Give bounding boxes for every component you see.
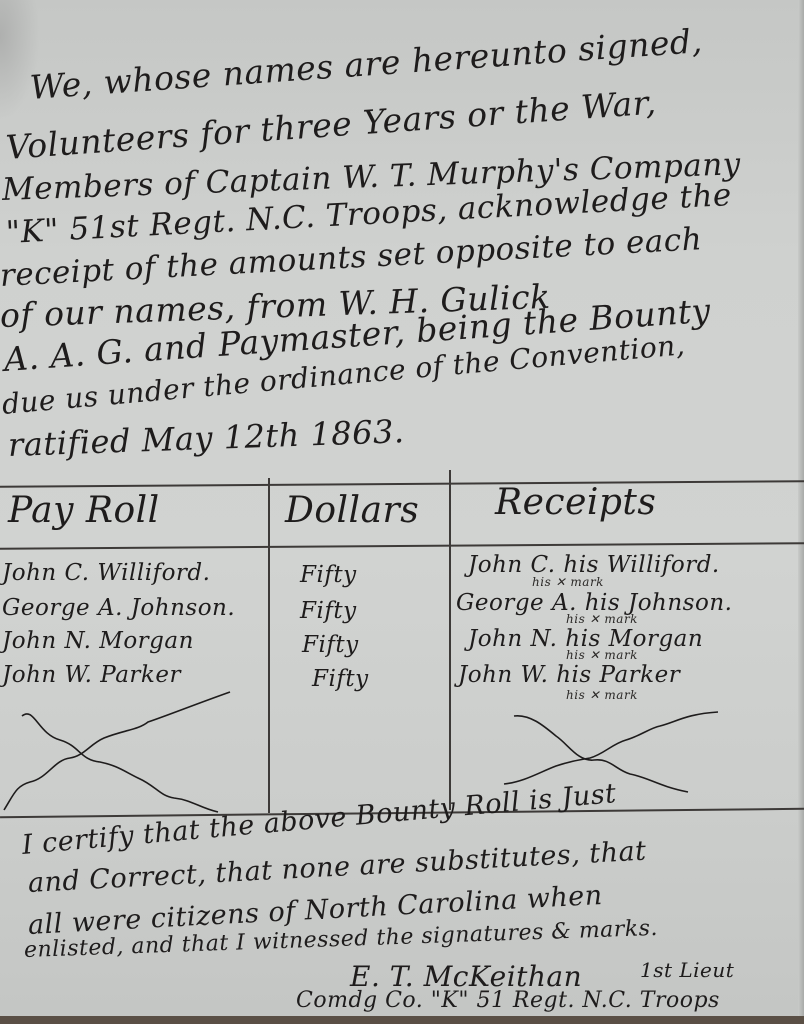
table-row-name: John W. Parker (2, 662, 181, 688)
mark-label: his ✕ mark (566, 648, 638, 662)
table-row-name: John N. Morgan (2, 628, 194, 654)
mark-label: his ✕ mark (566, 612, 638, 626)
table-row-name: George A. Johnson. (2, 595, 235, 621)
table-col-divider-2 (449, 470, 451, 810)
mark-label: his ✕ mark (532, 575, 604, 589)
table-col-divider-1 (268, 478, 270, 813)
column-header-receipts: Receipts (495, 482, 656, 523)
signature-rank: 1st Lieut (640, 958, 734, 982)
signature-title: Comdg Co. "K" 51 Regt. N.C. Troops (296, 988, 720, 1013)
paper-bottom-edge (0, 1016, 804, 1024)
table-row-amount: Fifty (300, 598, 357, 624)
paper-right-edge (798, 0, 804, 1016)
cancel-x-mark-left (0, 700, 240, 810)
table-row-amount: Fifty (312, 666, 369, 692)
table-row-amount: Fifty (302, 632, 359, 658)
table-row-name: John C. Williford. (2, 560, 210, 586)
column-header-pay-roll: Pay Roll (8, 490, 160, 531)
table-row-amount: Fifty (300, 562, 357, 588)
column-header-dollars: Dollars (285, 490, 419, 531)
table-row-receipt: John W. his Parker (458, 662, 680, 688)
